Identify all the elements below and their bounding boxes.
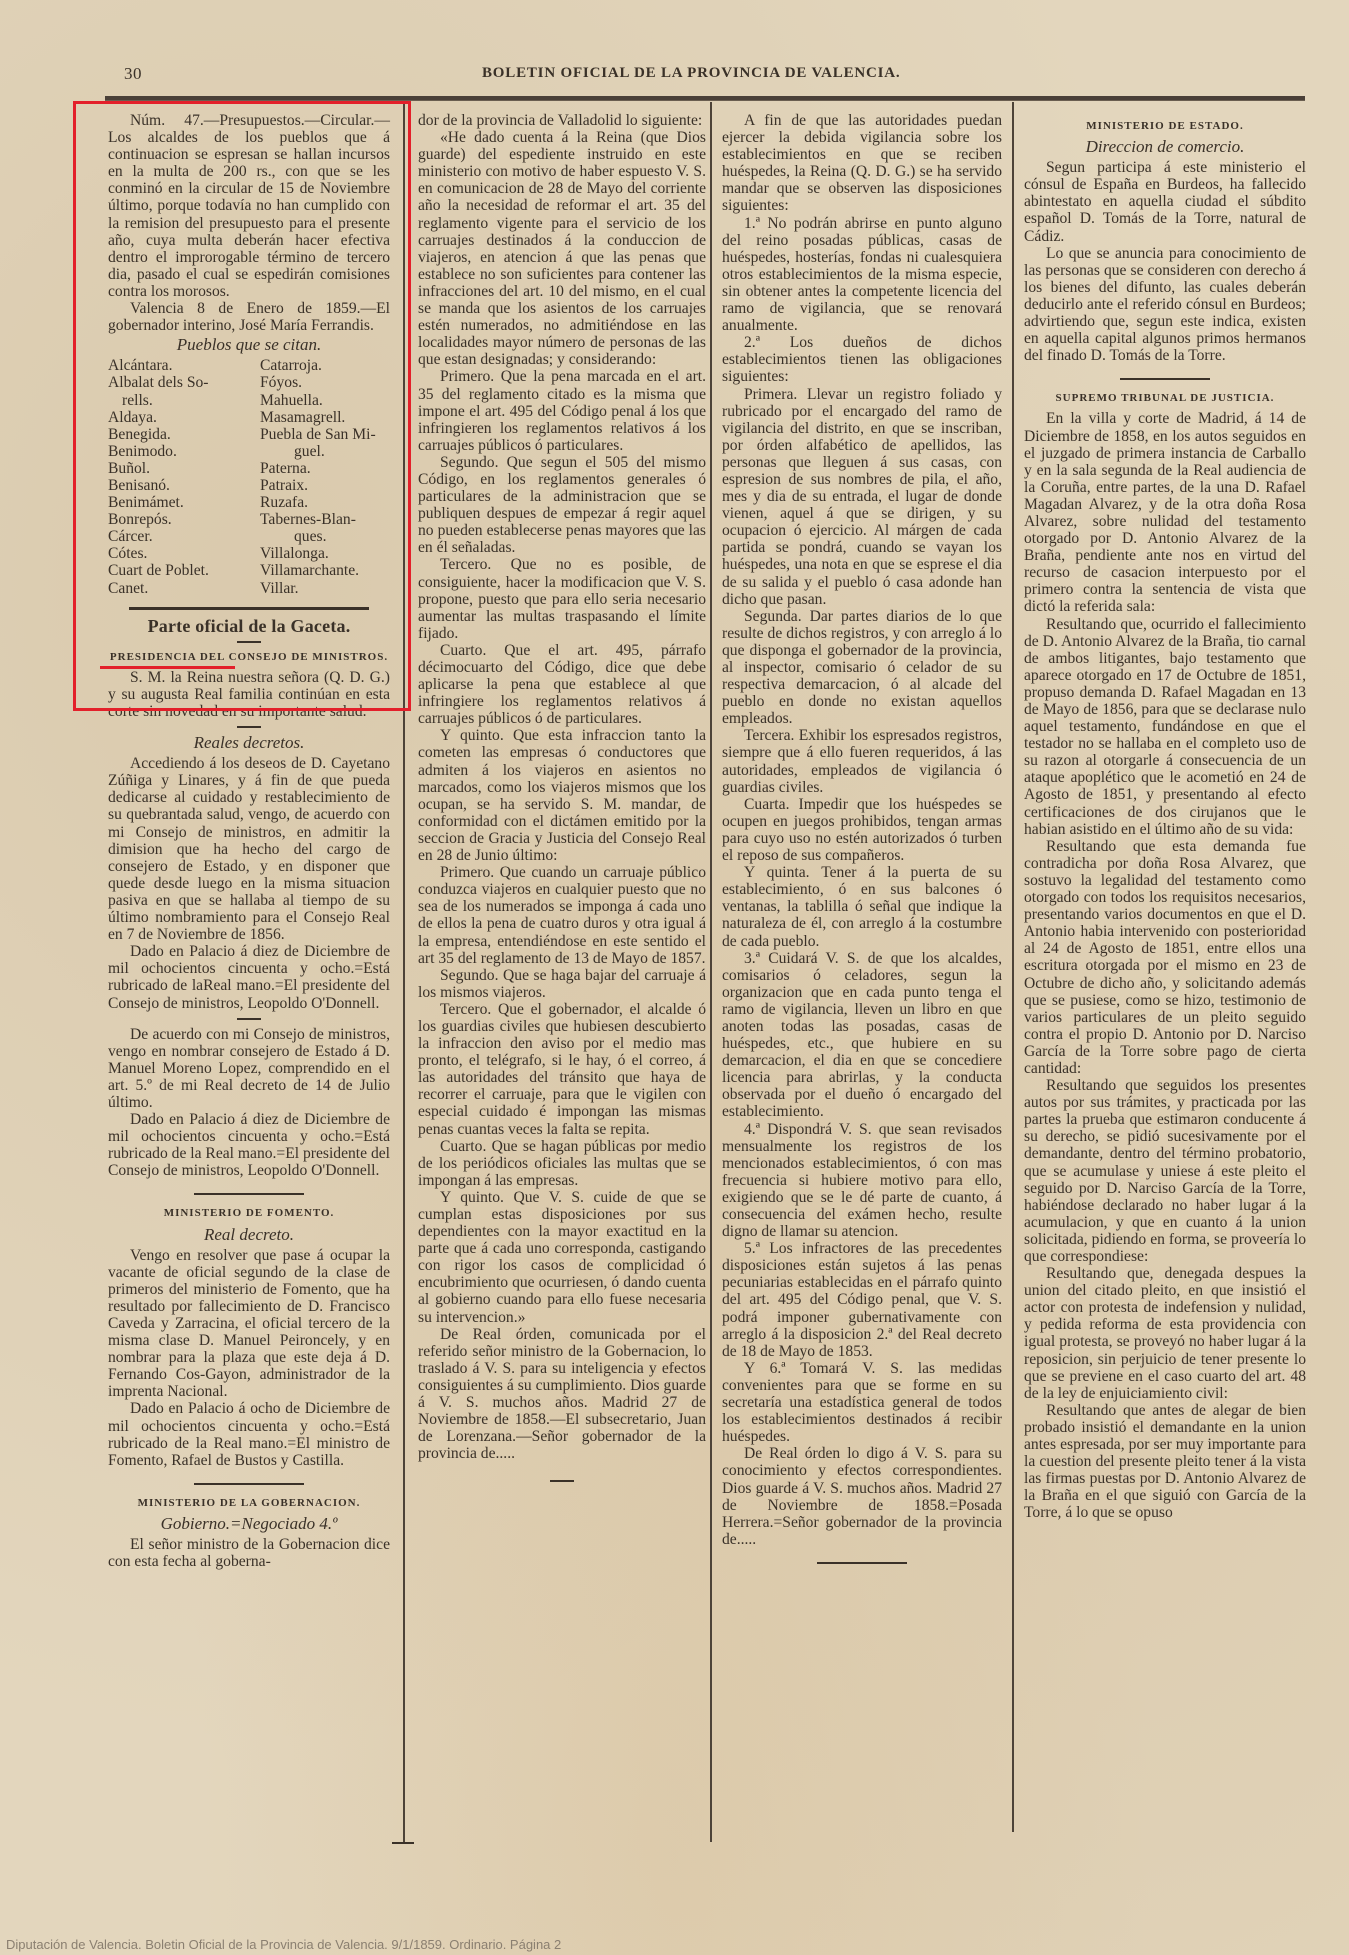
paragraph: 5.ª Los infractores de las precedentes d… [722, 1240, 1002, 1360]
paragraph: Resultando que antes de alegar de bien p… [1024, 1402, 1306, 1522]
paragraph: Resultando que seguidos los presentes au… [1024, 1077, 1306, 1265]
paragraph: 1.ª No podrán abrirse en punto alguno de… [722, 215, 1002, 335]
red-underline [100, 666, 235, 669]
column-4: MINISTERIO DE ESTADO. Direccion de comer… [1024, 112, 1306, 1522]
paragraph: Segunda. Dar partes diarios de lo que re… [722, 608, 1002, 728]
fomento-subtitle: Real decreto. [108, 1226, 390, 1243]
decreto-signature: Dado en Palacio á diez de Diciembre de m… [108, 1111, 390, 1179]
paragraph: dor de la provincia de Valladolid lo sig… [418, 112, 706, 129]
reales-decretos-title: Reales decretos. [108, 734, 390, 751]
paragraph: De Real órden lo digo á V. S. para su co… [722, 1445, 1002, 1548]
column-divider [1012, 102, 1014, 1832]
paragraph: En la villa y corte de Madrid, á 14 de D… [1024, 410, 1306, 615]
paragraph: Cuarto. Que se hagan públicas por medio … [418, 1138, 706, 1189]
estado-title: MINISTERIO DE ESTADO. [1024, 118, 1306, 135]
paragraph: 4.ª Dispondrá V. S. que sean revisados m… [722, 1121, 1002, 1241]
paragraph: Resultando que esta demanda fue contradi… [1024, 838, 1306, 1077]
paragraph: De Real órden, comunicada por el referid… [418, 1326, 706, 1463]
paragraph: Tercero. Que no es posible, de consiguie… [418, 556, 706, 641]
red-highlight-box [73, 101, 411, 711]
paragraph: Lo que se anuncia para conocimiento de l… [1024, 245, 1306, 365]
tribunal-title: SUPREMO TRIBUNAL DE JUSTICIA. [1024, 390, 1306, 407]
paragraph: Y 6.ª Tomará V. S. las medidas convenien… [722, 1360, 1002, 1445]
paragraph: Primero. Que la pena marcada en el art. … [418, 368, 706, 453]
decreto-signature: Dado en Palacio á diez de Diciembre de m… [108, 943, 390, 1011]
column-2: dor de la provincia de Valladolid lo sig… [418, 112, 706, 1488]
paragraph: Tercera. Exhibir los espresados registro… [722, 727, 1002, 795]
paragraph: Resultando que, ocurrido el fallecimient… [1024, 616, 1306, 838]
section-rule [817, 1562, 907, 1564]
paragraph: Cuarto. Que el art. 495, párrafo décimoc… [418, 642, 706, 727]
dash-separator [237, 726, 261, 728]
column-3: A fin de que las autoridades puedan ejer… [722, 112, 1002, 1574]
fomento-title: MINISTERIO DE FOMENTO. [108, 1205, 390, 1222]
paragraph: Y quinta. Tener á la puerta de su establ… [722, 864, 1002, 949]
paragraph: 3.ª Cuidará V. S. de que los alcaldes, c… [722, 950, 1002, 1121]
paragraph: Resultando que, denegada despues la unio… [1024, 1265, 1306, 1402]
decreto-text: Accediendo á los deseos de D. Cayetano Z… [108, 755, 390, 943]
footer-credit: Diputación de Valencia. Boletin Oficial … [6, 1937, 561, 1952]
paragraph: Segun participa á este ministerio el cón… [1024, 159, 1306, 244]
section-rule [1120, 378, 1210, 380]
paragraph: 2.ª Los dueños de dichos establecimiento… [722, 334, 1002, 385]
fomento-text: Vengo en resolver que pase á ocupar la v… [108, 1247, 390, 1401]
section-rule [194, 1483, 304, 1485]
page-header: 30 BOLETIN OFICIAL DE LA PROVINCIA DE VA… [112, 62, 1312, 86]
paragraph: A fin de que las autoridades puedan ejer… [722, 112, 1002, 215]
gobernacion-text: El señor ministro de la Gobernacion dice… [108, 1536, 390, 1570]
fomento-signature: Dado en Palacio á ocho de Diciembre de m… [108, 1400, 390, 1468]
decreto-text: De acuerdo con mi Consejo de ministros, … [108, 1026, 390, 1111]
masthead-title: BOLETIN OFICIAL DE LA PROVINCIA DE VALEN… [482, 65, 900, 82]
paragraph: Tercero. Que el gobernador, el alcalde ó… [418, 1001, 706, 1138]
dash-separator [392, 1842, 414, 1844]
paragraph: Segundo. Que segun el 505 del mismo Códi… [418, 454, 706, 557]
section-rule [194, 1193, 304, 1195]
paragraph: Primera. Llevar un registro foliado y ru… [722, 386, 1002, 608]
gobernacion-subtitle: Gobierno.=Negociado 4.º [108, 1515, 390, 1532]
dash-separator [237, 1018, 261, 1020]
paragraph: Segundo. Que se haga bajar del carruaje … [418, 967, 706, 1001]
page-number: 30 [124, 64, 142, 84]
paragraph: Cuarta. Impedir que los huéspedes se ocu… [722, 796, 1002, 864]
gobernacion-title: MINISTERIO DE LA GOBERNACION. [108, 1495, 390, 1512]
dash-separator [550, 1480, 574, 1482]
paragraph: Y quinto. Que V. S. cuide de que se cump… [418, 1189, 706, 1326]
paragraph: Y quinto. Que esta infraccion tanto la c… [418, 727, 706, 864]
estado-subtitle: Direccion de comercio. [1024, 138, 1306, 155]
paragraph: «He dado cuenta á la Reina (que Dios gua… [418, 129, 706, 368]
column-divider [710, 102, 712, 1842]
paragraph: Primero. Que cuando un carruaje público … [418, 864, 706, 967]
